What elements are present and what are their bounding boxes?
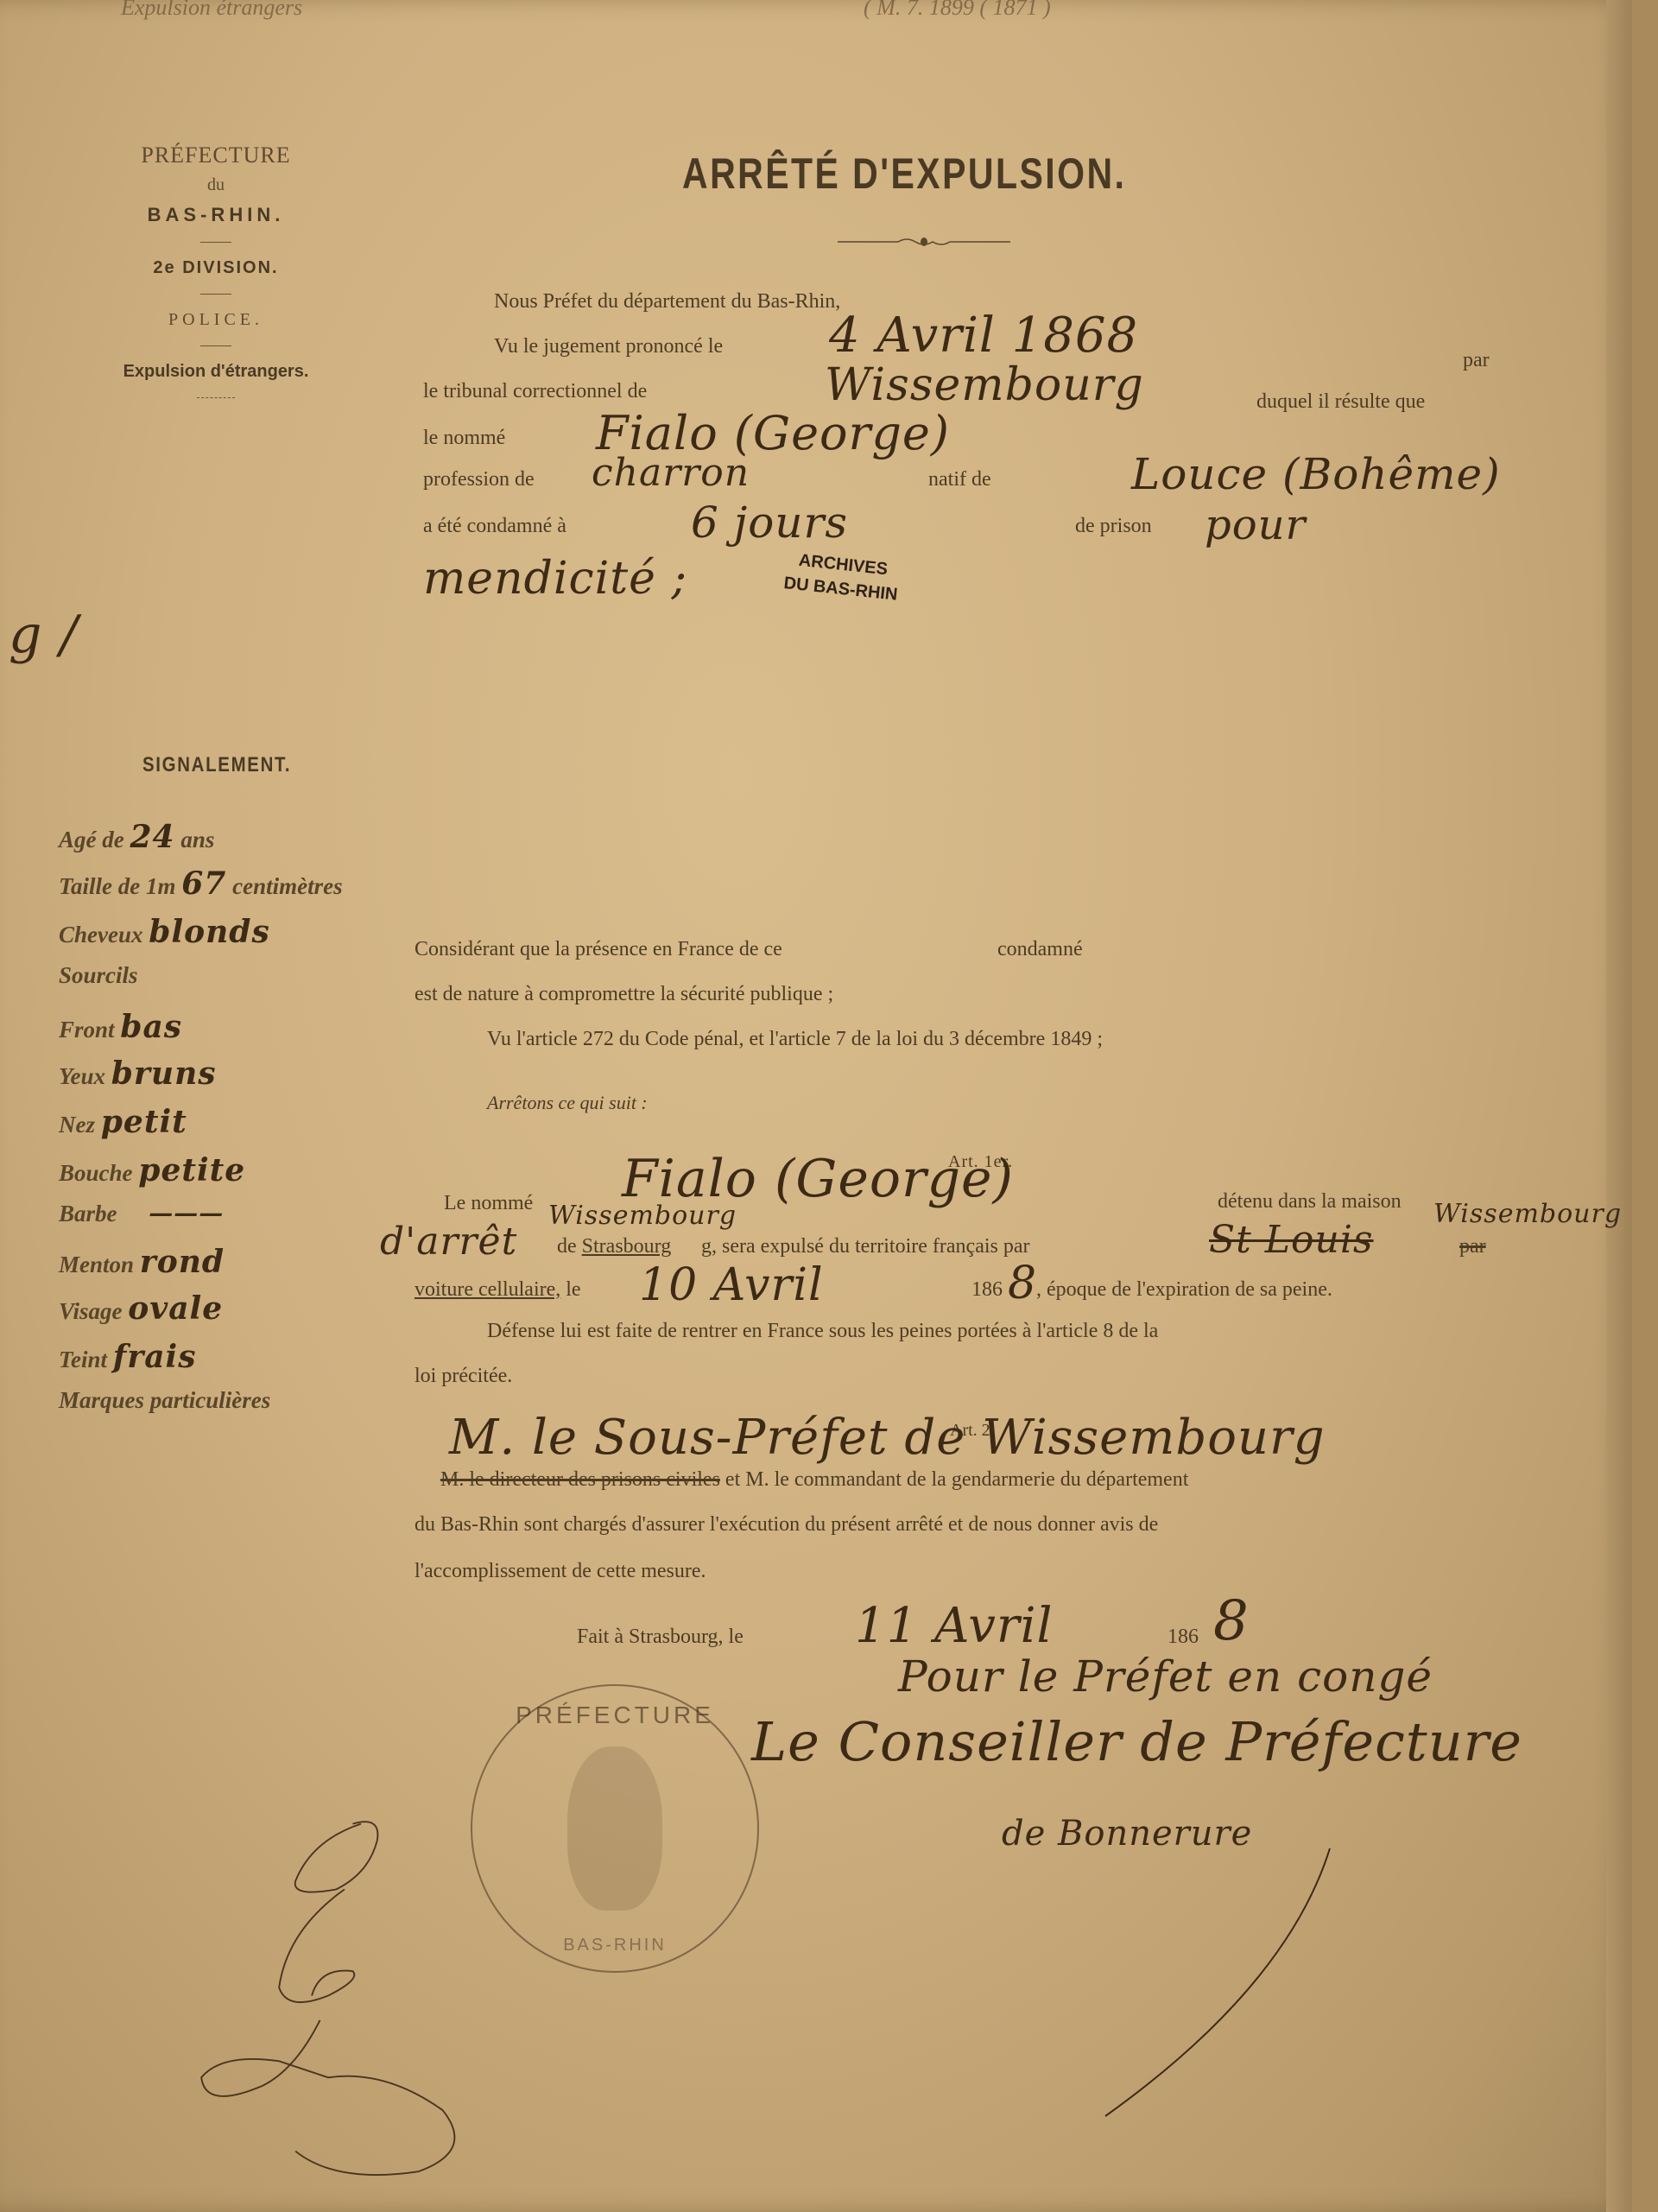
article1-expulse: g, sera expulsé du territoire français p… xyxy=(701,1235,1030,1258)
header-subject: Expulsion d'étrangers. xyxy=(52,362,380,382)
sig-row-height: Taille de 1m 67 centimètres xyxy=(59,865,343,902)
article2-line1-rest: et M. le commandant de la gendarmerie du… xyxy=(725,1468,1188,1491)
article1-voiture: voiture cellulaire, le xyxy=(414,1278,581,1302)
sig-row-eyebrows: Sourcils xyxy=(59,962,138,989)
arret-hand: d'arrêt xyxy=(380,1220,517,1264)
expulsion-year-digit: 8 xyxy=(1008,1258,1037,1309)
offense-value: mendicité ; xyxy=(423,553,687,605)
considerant-2: est de nature à compromettre la sécurité… xyxy=(414,983,833,1006)
city-struck: Strasbourg xyxy=(582,1235,672,1258)
article1-par: par xyxy=(1459,1235,1486,1258)
header-department: BAS-RHIN. xyxy=(52,204,380,226)
sig-row-beard: Barbe ——— xyxy=(59,1199,224,1227)
tribunal-end: duquel il résulte que xyxy=(1256,390,1425,414)
sentence-label: de prison xyxy=(1075,515,1152,538)
sig-row-age: Agé de 24 ans xyxy=(59,819,214,855)
signature-stroke-icon xyxy=(1088,1848,1347,2125)
sig-row-mouth: Bouche petite xyxy=(59,1152,245,1188)
tribunal-label: le tribunal correctionnel de xyxy=(423,380,647,403)
article2-line3: l'accomplissement de cette mesure. xyxy=(414,1560,706,1583)
sig-row-face: Visage ovale xyxy=(59,1290,223,1327)
birthplace: Louce (Bohême) xyxy=(1131,449,1501,499)
article2-struck: M. le directeur des prisons civiles xyxy=(440,1468,720,1491)
prefecture-seal: PRÉFECTURE BAS-RHIN xyxy=(471,1684,759,1973)
article2-hand-insert: M. le Sous-Préfet de Wissembourg xyxy=(449,1410,1326,1466)
document-page: Expulsion étrangers ( M. 7. 1899 ( 1871 … xyxy=(0,0,1632,2212)
top-note-left: Expulsion étrangers xyxy=(121,0,302,21)
preamble-line1: Nous Préfet du département du Bas-Rhin, xyxy=(494,290,840,314)
arretons: Arrêtons ce qui suit : xyxy=(487,1092,648,1114)
article1-le: le xyxy=(566,1278,580,1301)
arret-city-hand: Wissembourg xyxy=(548,1201,737,1231)
margin-mark: g / xyxy=(9,605,79,665)
closing-date: 11 Avril xyxy=(855,1598,1053,1654)
sig-row-chin: Menton rond xyxy=(59,1244,225,1280)
article1-epoch: , époque de l'expiration de sa peine. xyxy=(1036,1278,1332,1302)
sig-row-nose: Nez petit xyxy=(59,1104,187,1140)
ornament-flourish-icon xyxy=(838,237,1010,247)
signalement-title: SIGNALEMENT. xyxy=(142,753,291,777)
header-service: POLICE. xyxy=(52,310,380,330)
sig-row-eyes: Yeux bruns xyxy=(59,1055,217,1092)
considerant-1b: condamné xyxy=(997,938,1083,961)
voiture-struck: voiture cellulaire, xyxy=(414,1278,560,1301)
condemned-label: a été condamné à xyxy=(423,515,566,538)
route-struck: St Louis xyxy=(1209,1218,1374,1262)
page-edge xyxy=(1606,0,1632,2212)
closing-year-prefix: 186 xyxy=(1168,1626,1199,1649)
considerant-3: Vu l'article 272 du Code pénal, et l'art… xyxy=(487,1028,1103,1051)
prefecture-header: PRÉFECTURE du BAS-RHIN. 2e DIVISION. POL… xyxy=(52,143,380,415)
article1-nomme: Le nommé xyxy=(444,1192,533,1215)
offense-prefix: pour xyxy=(1205,501,1306,549)
nomme-label: le nommé xyxy=(423,427,505,450)
sig-row-complexion: Teint frais xyxy=(59,1339,197,1375)
top-note-right: ( M. 7. 1899 ( 1871 ) xyxy=(864,0,1051,21)
divider xyxy=(197,397,235,399)
judgment-label: Vu le jugement prononcé le xyxy=(494,335,723,358)
eagle-emblem-icon xyxy=(567,1746,662,1911)
sig-row-hair: Cheveux blonds xyxy=(59,914,270,950)
considerant-1a: Considérant que la présence en France de… xyxy=(414,938,782,961)
closing-year-digit: 8 xyxy=(1213,1589,1250,1653)
divider xyxy=(200,345,231,346)
document-title: ARRÊTÉ D'EXPULSION. xyxy=(682,149,1126,199)
defense-line1: Défense lui est faite de rentrer en Fran… xyxy=(487,1320,1158,1343)
expulsion-year-prefix: 186 xyxy=(971,1278,1003,1302)
sentence-value: 6 jours xyxy=(691,498,848,548)
tribunal-city: Wissembourg xyxy=(825,359,1144,411)
divider xyxy=(200,294,231,295)
article2-line2: du Bas-Rhin sont chargés d'assurer l'exé… xyxy=(414,1513,1158,1537)
route-hand: Wissembourg xyxy=(1433,1199,1622,1229)
sign-line2: Le Conseiller de Préfecture xyxy=(751,1710,1522,1773)
judgment-date: 4 Avril 1868 xyxy=(829,307,1138,364)
native-label: natif de xyxy=(928,468,991,491)
header-division: 2e DIVISION. xyxy=(52,258,380,278)
archives-stamp: ARCHIVES DU BAS-RHIN xyxy=(779,547,904,607)
sig-row-marks: Marques particulières xyxy=(59,1387,270,1414)
divider xyxy=(200,242,231,243)
sig-row-forehead: Front bas xyxy=(59,1009,182,1045)
profession-value: charron xyxy=(592,451,750,495)
sign-line1: Pour le Préfet en congé xyxy=(898,1651,1433,1702)
profession-label: profession de xyxy=(423,468,535,491)
seal-top-text: PRÉFECTURE xyxy=(472,1702,757,1729)
expulsion-date: 10 Avril xyxy=(639,1259,824,1311)
defense-line2: loi précitée. xyxy=(414,1365,512,1388)
header-prefecture: PRÉFECTURE xyxy=(52,143,380,168)
seal-bottom-text: BAS-RHIN xyxy=(472,1936,757,1955)
header-du: du xyxy=(52,175,380,195)
fait-label: Fait à Strasbourg, le xyxy=(577,1626,744,1649)
article1-detenu: détenu dans la maison xyxy=(1218,1190,1402,1214)
initials-flourish-icon xyxy=(173,1797,484,2212)
judgment-par: par xyxy=(1463,349,1490,372)
article1-de: de Strasbourg xyxy=(557,1235,671,1258)
article2-line1: M. le directeur des prisons civiles et M… xyxy=(440,1468,1188,1492)
